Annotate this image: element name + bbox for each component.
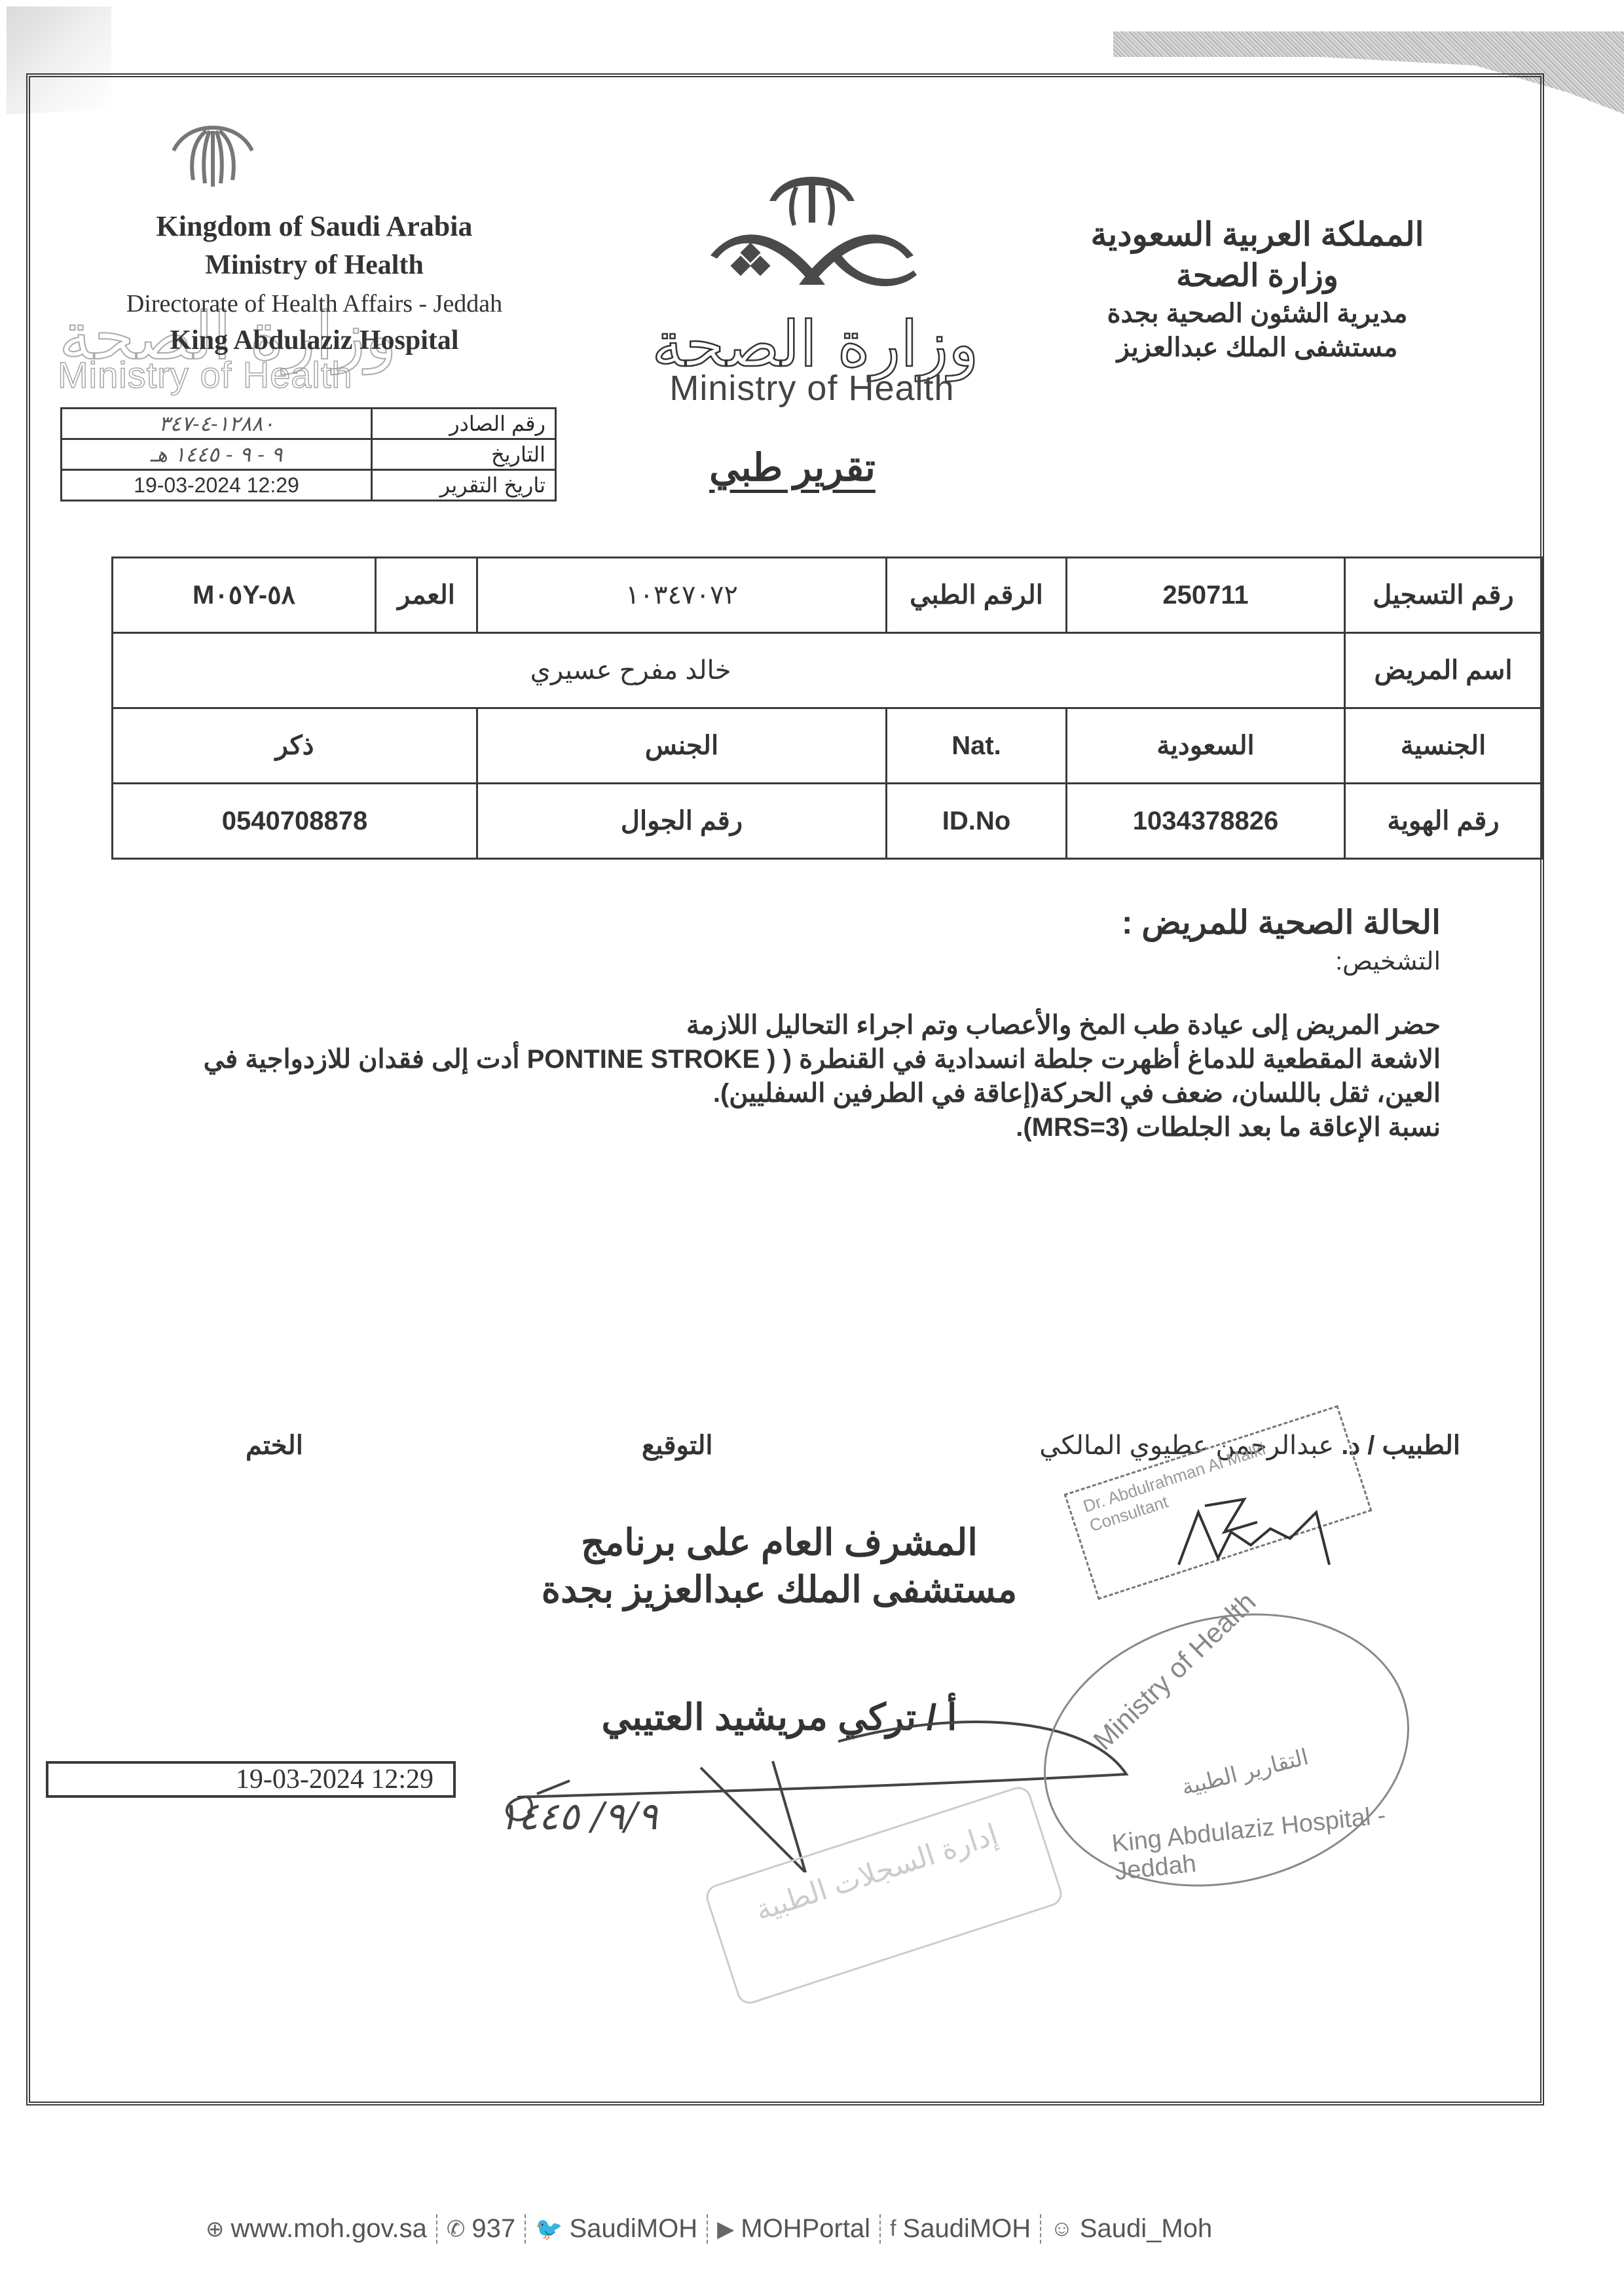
nationality-label: الجنسية [1345, 708, 1542, 784]
footer-facebook[interactable]: f SaudiMOH [881, 2214, 1041, 2244]
footer-contacts: ⊕ www.moh.gov.sa ✆ 937 🐦 SaudiMOH ▶ MOHP… [196, 2214, 1375, 2244]
doctor-signature-scribble [1166, 1493, 1362, 1578]
country-name-ar: المملكة العربية السعودية [1061, 213, 1454, 256]
patient-info-table: رقم التسجيل 250711 الرقم الطبي ١٠٣٤٧٠٧٢ … [111, 556, 1543, 860]
ministry-name-ar: وزارة الصحة [1061, 256, 1454, 297]
doctor-label: الطبيب / د. [1341, 1431, 1460, 1460]
palm-emblem-icon [167, 115, 259, 193]
footer-website-text: www.moh.gov.sa [231, 2214, 427, 2244]
date-value: ٩ - ٩ - ١٤٤٥ هـ [62, 439, 372, 470]
outgoing-number-value: ١٢٨٨٠-٤-٣٤٧ [62, 409, 372, 439]
age-label: العمر [376, 558, 477, 633]
logo-english-text: Ministry of Health [629, 368, 995, 409]
diagnosis-line-3: العين، ثقل باللسان، ضعف في الحركة(إعاقة … [196, 1076, 1441, 1110]
footer-phone-text: 937 [471, 2214, 515, 2244]
age-value: M٠٥Y-٥٨ [113, 558, 376, 633]
seal-label: الختم [246, 1430, 303, 1461]
gender-label: الجنس [477, 708, 887, 784]
patient-name-label: اسم المريض [1345, 633, 1542, 708]
directorate-name-ar: مديرية الشئون الصحية بجدة [1061, 297, 1454, 331]
nationality-value: السعودية [1067, 708, 1345, 784]
footer-youtube[interactable]: ▶ MOHPortal [708, 2214, 881, 2244]
patient-row-ids: رقم التسجيل 250711 الرقم الطبي ١٠٣٤٧٠٧٢ … [113, 558, 1542, 633]
english-header: Kingdom of Saudi Arabia Ministry of Heal… [85, 208, 544, 359]
registration-value: 250711 [1067, 558, 1345, 633]
arabic-header: المملكة العربية السعودية وزارة الصحة مدي… [1061, 213, 1454, 365]
hijri-date-handwritten: ٩/٩/ ١٤٤٥ [498, 1794, 657, 1838]
footer-website[interactable]: ⊕ www.moh.gov.sa [196, 2214, 437, 2244]
diagnosis-line-1: حضر المريض إلى عيادة طب المخ والأعصاب وت… [196, 1008, 1441, 1042]
medical-number-value: ١٠٣٤٧٠٧٢ [477, 558, 887, 633]
footer-snapchat[interactable]: ☺ Saudi_Moh [1041, 2214, 1221, 2244]
health-status-title: الحالة الصحية للمريض : [838, 903, 1441, 941]
report-date-label: تاريخ التقرير [372, 470, 556, 501]
report-date-value: 19-03-2024 12:29 [62, 470, 372, 501]
directorate-name: Directorate of Health Affairs - Jeddah [85, 285, 544, 322]
diagnosis-line-4: نسبة الإعاقة ما بعد الجلطات (MRS=3). [196, 1110, 1441, 1144]
hospital-name: King Abdulaziz Hospital [85, 322, 544, 359]
outgoing-number-label: رقم الصادر [372, 409, 556, 439]
footer-phone[interactable]: ✆ 937 [437, 2214, 526, 2244]
mobile-label: رقم الجوال [477, 784, 887, 859]
patient-row-nationality: الجنسية السعودية Nat. الجنس ذكر [113, 708, 1542, 784]
report-title: تقرير طبي [668, 445, 917, 490]
watermark-english: Ministry of Health [58, 354, 353, 396]
country-name: Kingdom of Saudi Arabia [85, 208, 544, 245]
ref-row-outgoing-no: ١٢٨٨٠-٤-٣٤٧ رقم الصادر [62, 409, 556, 439]
gender-value: ذكر [113, 708, 477, 784]
reference-table: ١٢٨٨٠-٤-٣٤٧ رقم الصادر ٩ - ٩ - ١٤٤٥ هـ ا… [60, 407, 557, 501]
diagnosis-text: حضر المريض إلى عيادة طب المخ والأعصاب وت… [196, 1008, 1441, 1144]
registration-label: رقم التسجيل [1345, 558, 1542, 633]
footer-twitter-text: SaudiMOH [569, 2214, 697, 2244]
patient-name-value: خالد مفرح عسيري [113, 633, 1345, 708]
mobile-value: 0540708878 [113, 784, 477, 859]
moh-logo-icon [678, 160, 946, 304]
id-number-value: 1034378826 [1067, 784, 1345, 859]
diagnosis-line-2: الاشعة المقطعية للدماغ أظهرت جلطة انسداد… [196, 1042, 1441, 1076]
nationality-en-label: Nat. [887, 708, 1067, 784]
phone-icon: ✆ [447, 2216, 466, 2242]
date-label: التاريخ [372, 439, 556, 470]
footer-facebook-text: SaudiMOH [903, 2214, 1031, 2244]
stamp-center-text: التقارير الطبية [1179, 1744, 1311, 1801]
ministry-name: Ministry of Health [85, 245, 544, 285]
medical-number-label: الرقم الطبي [887, 558, 1067, 633]
youtube-icon: ▶ [717, 2216, 734, 2242]
footer-youtube-text: MOHPortal [741, 2214, 870, 2244]
facebook-icon: f [890, 2216, 896, 2242]
id-number-label: رقم الهوية [1345, 784, 1542, 859]
patient-row-id: رقم الهوية 1034378826 ID.No رقم الجوال 0… [113, 784, 1542, 859]
ref-row-date: ٩ - ٩ - ١٤٤٥ هـ التاريخ [62, 439, 556, 470]
globe-icon: ⊕ [206, 2216, 225, 2242]
ref-row-report-date: 19-03-2024 12:29 تاريخ التقرير [62, 470, 556, 501]
hospital-name-ar: مستشفى الملك عبدالعزيز [1061, 331, 1454, 365]
diagnosis-label: التشخيص: [838, 947, 1441, 976]
signature-label: التوقيع [642, 1430, 713, 1461]
supervisor-line-2: مستشفى الملك عبدالعزيز بجدة [485, 1566, 1074, 1613]
supervisor-line-1: المشرف العام على برنامج [485, 1519, 1074, 1566]
patient-row-name: اسم المريض خالد مفرح عسيري [113, 633, 1542, 708]
footer-snapchat-text: Saudi_Moh [1080, 2214, 1212, 2244]
twitter-icon: 🐦 [535, 2216, 563, 2242]
snapchat-icon: ☺ [1050, 2216, 1073, 2242]
id-number-en-label: ID.No [887, 784, 1067, 859]
printed-datetime-box: 19-03-2024 12:29 [46, 1761, 456, 1798]
footer-twitter[interactable]: 🐦 SaudiMOH [526, 2214, 708, 2244]
supervisor-title: المشرف العام على برنامج مستشفى الملك عبد… [485, 1519, 1074, 1613]
